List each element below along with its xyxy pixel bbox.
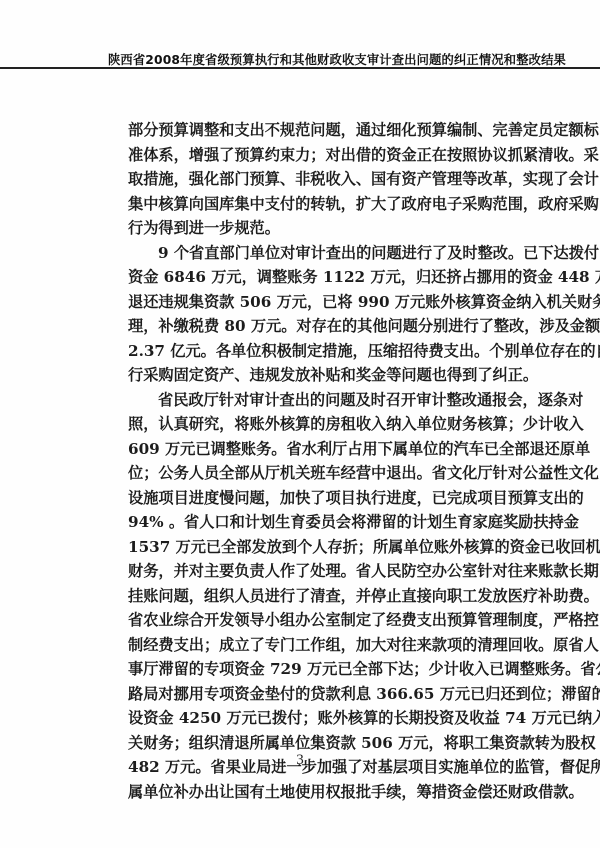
text-line: 资金 6846 万元，调整账务 1122 万元，归还挤占挪用的资金 448 万元… — [128, 265, 530, 290]
page-number: 3 — [0, 752, 600, 769]
text-line: 行采购固定资产、违规发放补贴和奖金等问题也得到了纠正。 — [128, 363, 530, 388]
text-line: 事厅滞留的专项资金 729 万元已全部下达；少计收入已调整账务。省公 — [128, 657, 530, 682]
text-line: 挂账问题，组织人员进行了清查，并停止直接向职工发放医疗补助费。 — [128, 584, 530, 609]
header-rule — [0, 67, 600, 69]
paragraph-1: 部分预算调整和支出不规范问题，通过细化预算编制、完善定员定额标 准体系，增强了预… — [128, 118, 530, 241]
body-text: 部分预算调整和支出不规范问题，通过细化预算编制、完善定员定额标 准体系，增强了预… — [128, 118, 530, 804]
document-page: 陕西省2008年度省级预算执行和其他财政收支审计查出问题的纠正情况和整改结果 部… — [0, 0, 600, 848]
paragraph-2: 9 个省直部门单位对审计查出的问题进行了及时整改。已下达拨付 资金 6846 万… — [128, 241, 530, 388]
text-line: 位；公务人员全部从厅机关班车经营中退出。省文化厅针对公益性文化 — [128, 461, 530, 486]
text-line: 照，认真研究，将账外核算的房租收入纳入单位财务核算；少计收入 — [128, 412, 530, 437]
text-line: 609 万元已调整账务。省水利厅占用下属单位的汽车已全部退还原单 — [128, 437, 530, 462]
text-line: 省民政厅针对审计查出的问题及时召开审计整改通报会，逐条对 — [128, 388, 530, 413]
text-line: 1537 万元已全部发放到个人存折；所属单位账外核算的资金已收回机关 — [128, 535, 530, 560]
text-line: 退还违规集资款 506 万元，已将 990 万元账外核算资金纳入机关财务管 — [128, 290, 530, 315]
text-line: 省农业综合开发领导小组办公室制定了经费支出预算管理制度，严格控 — [128, 608, 530, 633]
text-line: 9 个省直部门单位对审计查出的问题进行了及时整改。已下达拨付 — [128, 241, 530, 266]
text-line: 集中核算向国库集中支付的转轨，扩大了政府电子采购范围，政府采购 — [128, 192, 530, 217]
paragraph-3: 省民政厅针对审计查出的问题及时召开审计整改通报会，逐条对 照，认真研究，将账外核… — [128, 388, 530, 805]
text-line: 设施项目进度慢问题，加快了项目执行进度，已完成项目预算支出的 — [128, 486, 530, 511]
text-line: 部分预算调整和支出不规范问题，通过细化预算编制、完善定员定额标 — [128, 118, 530, 143]
running-header: 陕西省2008年度省级预算执行和其他财政收支审计查出问题的纠正情况和整改结果 — [108, 50, 566, 68]
text-line: 行为得到进一步规范。 — [128, 216, 530, 241]
text-line: 财务，并对主要负责人作了处理。省人民防空办公室针对往来账款长期 — [128, 559, 530, 584]
text-line: 路局对挪用专项资金垫付的贷款利息 366.65 万元已归还到位；滞留的建 — [128, 682, 530, 707]
text-line: 属单位补办出让国有土地使用权报批手续，筹措资金偿还财政借款。 — [128, 780, 530, 805]
text-line: 准体系，增强了预算约束力；对出借的资金正在按照协议抓紧清收。采 — [128, 143, 530, 168]
text-line: 94% 。省人口和计划生育委员会将滞留的计划生育家庭奖励扶持金 — [128, 510, 530, 535]
text-line: 制经费支出；成立了专门工作组，加大对往来款项的清理回收。原省人 — [128, 633, 530, 658]
text-line: 取措施，强化部门预算、非税收入、国有资产管理等改革，实现了会计 — [128, 167, 530, 192]
text-line: 设资金 4250 万元已拨付；账外核算的长期投资及收益 74 万元已纳入机 — [128, 706, 530, 731]
text-line: 理，补缴税费 80 万元。对存在的其他问题分别进行了整改，涉及金额 — [128, 314, 530, 339]
text-line: 2.37 亿元。各单位积极制定措施，压缩招待费支出。个别单位存在的自 — [128, 339, 530, 364]
